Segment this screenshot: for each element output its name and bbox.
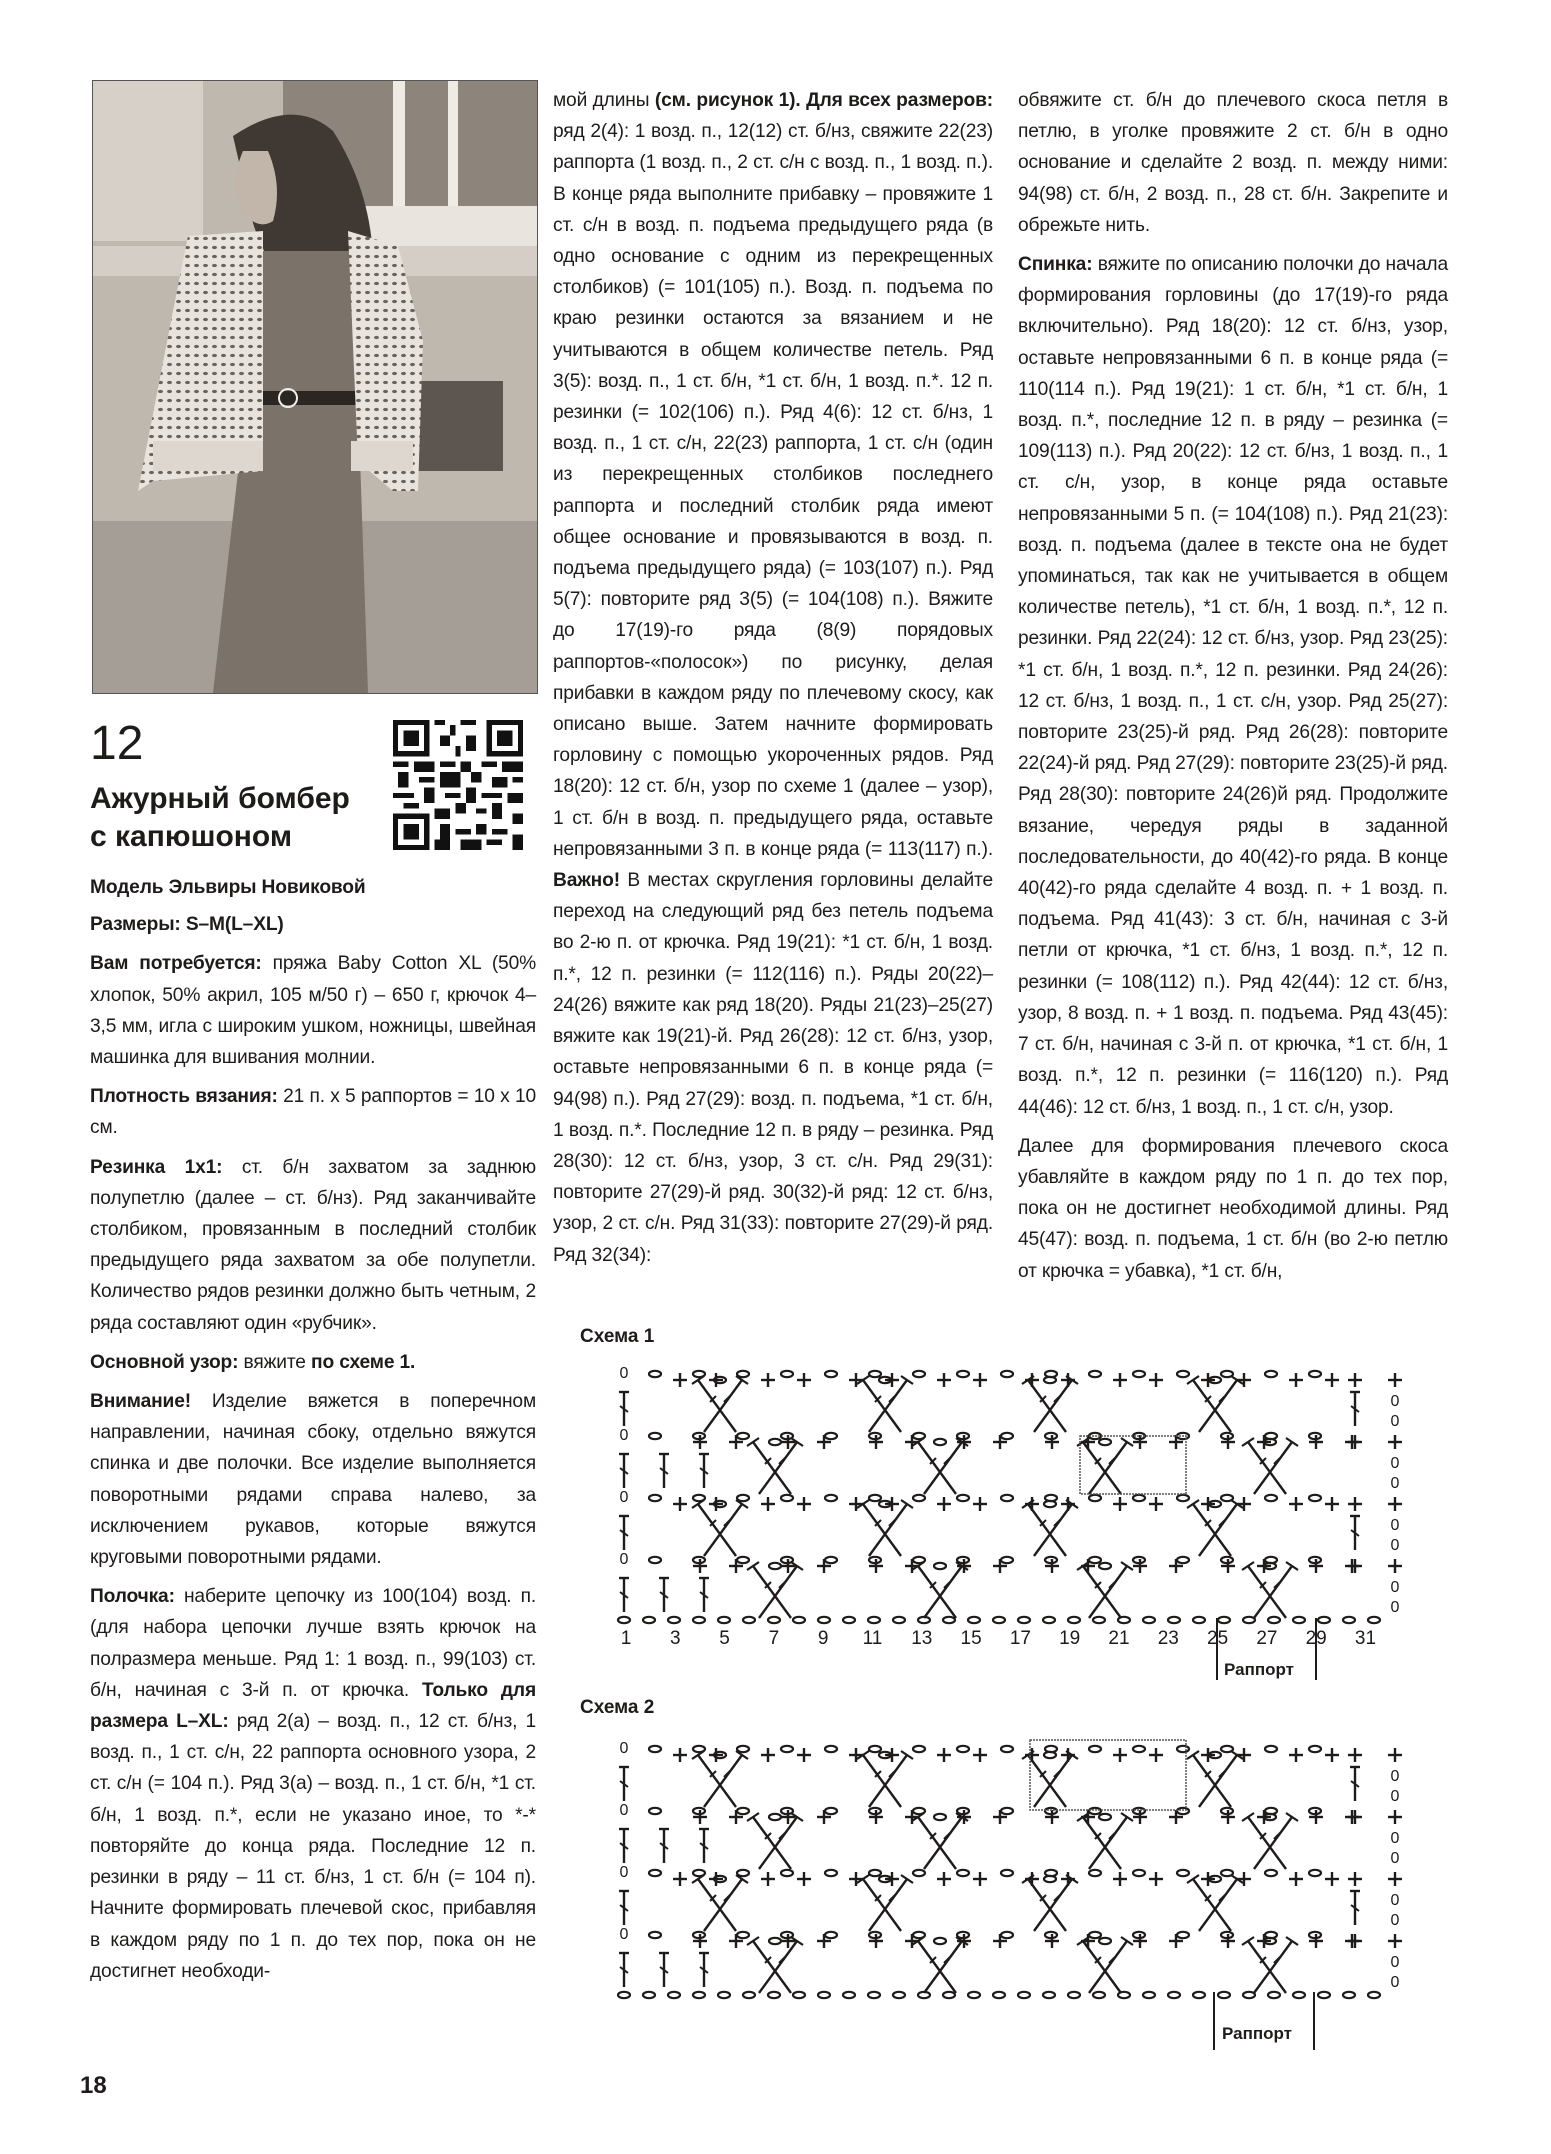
rapport-bar-left <box>1216 1618 1218 1680</box>
shoulder-decrease-text: Далее для формирования плечевого скоса у… <box>1018 1136 1448 1282</box>
svg-text:0: 0 <box>1391 1475 1400 1492</box>
back-panel-text: вяжите по описанию полочки до начала фор… <box>1018 254 1448 1117</box>
rapport-bar-right <box>1313 1992 1315 2050</box>
x-tick: 23 <box>1153 1628 1183 1650</box>
svg-text:0: 0 <box>1391 1912 1400 1929</box>
svg-text:0: 0 <box>620 1926 629 1943</box>
x-tick: 27 <box>1252 1628 1282 1650</box>
svg-text:0: 0 <box>1391 1892 1400 1909</box>
x-tick: 17 <box>1005 1628 1035 1650</box>
column-2: мой длины (см. рисунок 1). Для всех разм… <box>553 85 993 1279</box>
x-tick: 19 <box>1055 1628 1085 1650</box>
back-panel-label: Спинка: <box>1018 254 1092 275</box>
scheme-1-label: Схема 1 <box>580 1326 654 1348</box>
front-panel-text-2: ряд 2(а) – возд. п., 12 ст. б/нз, 1 возд… <box>90 1711 536 1982</box>
main-pattern-paragraph: Основной узор: вяжите по схеме 1. <box>90 1347 536 1378</box>
svg-text:0: 0 <box>1391 1974 1400 1991</box>
sizes: Размеры: S–M(L–XL) <box>90 909 536 940</box>
rapport-bar-left <box>1213 1992 1215 2050</box>
svg-text:0: 0 <box>620 1551 629 1568</box>
main-pattern-label: Основной узор: <box>90 1352 238 1373</box>
materials-label: Вам потребуется: <box>90 953 262 974</box>
important-label: Важно! <box>553 870 620 891</box>
x-tick: 5 <box>710 1628 740 1650</box>
svg-text:0: 0 <box>620 1802 629 1819</box>
x-tick: 9 <box>808 1628 838 1650</box>
scheme-2-rapport-label: Раппорт <box>1222 2024 1292 2044</box>
svg-text:0: 0 <box>1391 1768 1400 1785</box>
gauge-paragraph: Плотность вязания: 21 п. х 5 раппортов =… <box>90 1081 536 1143</box>
pattern-number: 12 <box>90 718 143 770</box>
x-tick: 31 <box>1351 1628 1381 1650</box>
svg-text:0: 0 <box>620 1864 629 1881</box>
author-text: Модель Эльвиры Новиковой <box>90 877 366 898</box>
svg-text:0: 0 <box>1391 1788 1400 1805</box>
page-number: 18 <box>80 2072 107 2100</box>
svg-text:0: 0 <box>620 1365 629 1382</box>
x-tick: 13 <box>907 1628 937 1650</box>
svg-text:0: 0 <box>1391 1537 1400 1554</box>
x-tick: 11 <box>858 1628 888 1650</box>
materials-paragraph: Вам потребуется: пряжа Baby Cotton XL (5… <box>90 948 536 1073</box>
attention-paragraph: Внимание! Изделие вяжется в поперечном н… <box>90 1386 536 1573</box>
x-tick: 21 <box>1104 1628 1134 1650</box>
attention-label: Внимание! <box>90 1391 191 1412</box>
svg-text:0: 0 <box>1391 1455 1400 1472</box>
x-tick: 7 <box>759 1628 789 1650</box>
ribbing-label: Резинка 1х1: <box>90 1157 222 1178</box>
svg-text:0: 0 <box>1391 1850 1400 1867</box>
scheme-1-chart: 000000000000 <box>610 1360 1410 1650</box>
qr-code[interactable] <box>393 720 523 850</box>
pattern-title: Ажурный бомбер с капюшоном <box>90 780 390 856</box>
model-photo <box>92 80 538 694</box>
text-span: ряд 2(4): 1 возд. п., 12(12) ст. б/нз, с… <box>553 121 993 860</box>
svg-text:0: 0 <box>1391 1599 1400 1616</box>
ribbing-text: ст. б/н захватом за заднюю полупетлю (да… <box>90 1157 536 1334</box>
front-panel-paragraph: Полочка: наберите цепочку из 100(104) во… <box>90 1581 536 1987</box>
ribbing-paragraph: Резинка 1х1: ст. б/н захватом за заднюю … <box>90 1152 536 1339</box>
svg-text:0: 0 <box>620 1489 629 1506</box>
rapport-bar-right <box>1315 1618 1317 1680</box>
svg-text:0: 0 <box>1391 1517 1400 1534</box>
front-panel-continued: мой длины (см. рисунок 1). Для всех разм… <box>553 85 993 1271</box>
neckline-edging-paragraph: обвяжите ст. б/н до плечевого скоса петл… <box>1018 85 1448 241</box>
svg-text:0: 0 <box>620 1427 629 1444</box>
svg-text:0: 0 <box>1391 1830 1400 1847</box>
attention-text: Изделие вяжется в поперечном направлении… <box>90 1391 536 1568</box>
title-line-1: Ажурный бомбер <box>90 780 390 818</box>
main-pattern-ref: по схеме 1. <box>311 1352 415 1373</box>
shoulder-decrease-paragraph: Далее для формирования плечевого скоса у… <box>1018 1131 1448 1287</box>
title-line-2: с капюшоном <box>90 818 390 856</box>
scheme-2-chart: 000000000000 <box>610 1735 1410 2025</box>
main-pattern-text: вяжите <box>238 1352 311 1373</box>
text-span: мой длины <box>553 90 655 111</box>
svg-text:0: 0 <box>1391 1413 1400 1430</box>
x-tick: 1 <box>611 1628 641 1650</box>
sizes-label: Размеры: <box>90 914 181 935</box>
photo-illustration <box>93 81 537 693</box>
x-tick: 15 <box>956 1628 986 1650</box>
gauge-label: Плотность вязания: <box>90 1086 278 1107</box>
svg-text:0: 0 <box>1391 1954 1400 1971</box>
text-span: В местах скругления горловины делайте пе… <box>553 870 993 1265</box>
scheme-1-rapport-label: Раппорт <box>1224 1660 1294 1680</box>
column-3: обвяжите ст. б/н до плечевого скоса петл… <box>1018 85 1448 1295</box>
back-panel-paragraph: Спинка: вяжите по описанию полочки до на… <box>1018 249 1448 1123</box>
scheme-2-label: Схема 2 <box>580 1697 654 1719</box>
svg-text:0: 0 <box>1391 1579 1400 1596</box>
author: Модель Эльвиры Новиковой <box>90 872 536 903</box>
column-1: Модель Эльвиры Новиковой Размеры: S–M(L–… <box>90 872 536 1995</box>
svg-text:0: 0 <box>1391 1393 1400 1410</box>
qr-code-icon <box>393 720 523 850</box>
x-tick: 3 <box>660 1628 690 1650</box>
text-span: обвяжите ст. б/н до плечевого скоса петл… <box>1018 90 1448 236</box>
front-panel-label: Полочка: <box>90 1586 175 1607</box>
svg-text:0: 0 <box>620 1740 629 1757</box>
bold-span: (см. рисунок 1). Для всех размеров: <box>655 90 993 111</box>
sizes-value: S–M(L–XL) <box>186 914 284 935</box>
